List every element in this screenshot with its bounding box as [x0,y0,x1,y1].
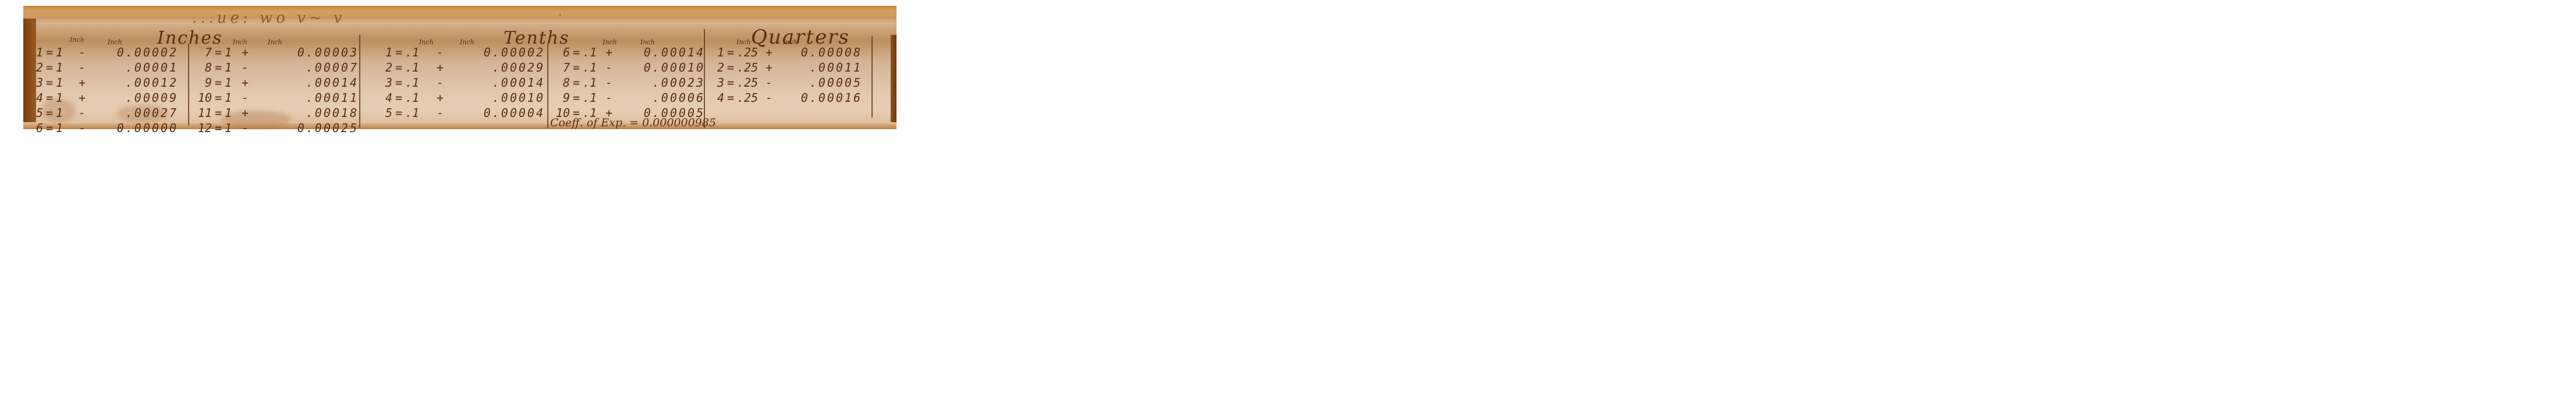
table-row: 6=1-0.00000 [23,121,178,136]
table-row: 5=.1-0.00004 [373,106,545,121]
quarters-column: 1=.25+0.00008 2=.25+.00011 3=.25-.00005 … [704,45,862,106]
card-right-edge [891,35,897,122]
table-row: 4=1+.00009 [23,91,178,106]
table-row: 9=1+.00014 [192,76,359,91]
card-top-edge [23,6,897,19]
table-row: 2=.1+.00029 [373,61,545,76]
faded-top-text: ...ue: wo v~ v [192,9,346,27]
table-row: 12=1-0.00025 [192,121,359,136]
unit-label-inch: Inch [70,36,84,44]
inches-column-1: 1=1-0.00002 2=1-.00001 3=1+.00012 4=1+.0… [23,45,178,136]
table-row: 7=1+0.00003 [192,45,359,61]
column-divider [547,44,548,128]
table-row: 10=1-.00011 [192,91,359,106]
table-row: 8=1-.00007 [192,61,359,76]
table-row: 2=1-.00001 [23,61,178,76]
table-row: 4=.25-0.00016 [704,91,862,106]
table-row: 2=.25+.00011 [704,61,862,76]
tenths-column-2: 6=.1+0.00014 7=.1-0.00010 8=.1-.00023 9=… [550,45,705,121]
coefficient-of-expansion: Coeff. of Exp. = 0.000000985 [550,116,716,129]
table-row: 4=.1+.00010 [373,91,545,106]
table-row: 7=.1-0.00010 [550,61,705,76]
table-row: 1=1-0.00002 [23,45,178,61]
top-mark: ' [559,12,561,23]
tenths-column-1: 1=.1-0.00002 2=.1+.00029 3=.1-.00014 4=.… [373,45,545,121]
column-divider [188,44,189,125]
inches-column-2: 7=1+0.00003 8=1-.00007 9=1+.00014 10=1-.… [192,45,359,136]
table-row: 3=.25-.00005 [704,76,862,91]
section-divider [359,35,360,128]
table-row: 11=1+.00018 [192,106,359,121]
table-row: 1=.25+0.00008 [704,45,862,61]
table-row: 8=.1-.00023 [550,76,705,91]
table-row: 5=1-.00027 [23,106,178,121]
table-row: 3=.1-.00014 [373,76,545,91]
table-row: 6=.1+0.00014 [550,45,705,61]
table-row: 3=1+.00012 [23,76,178,91]
section-right-border [871,36,873,118]
table-row: 9=.1-.00006 [550,91,705,106]
table-row: 1=.1-0.00002 [373,45,545,61]
